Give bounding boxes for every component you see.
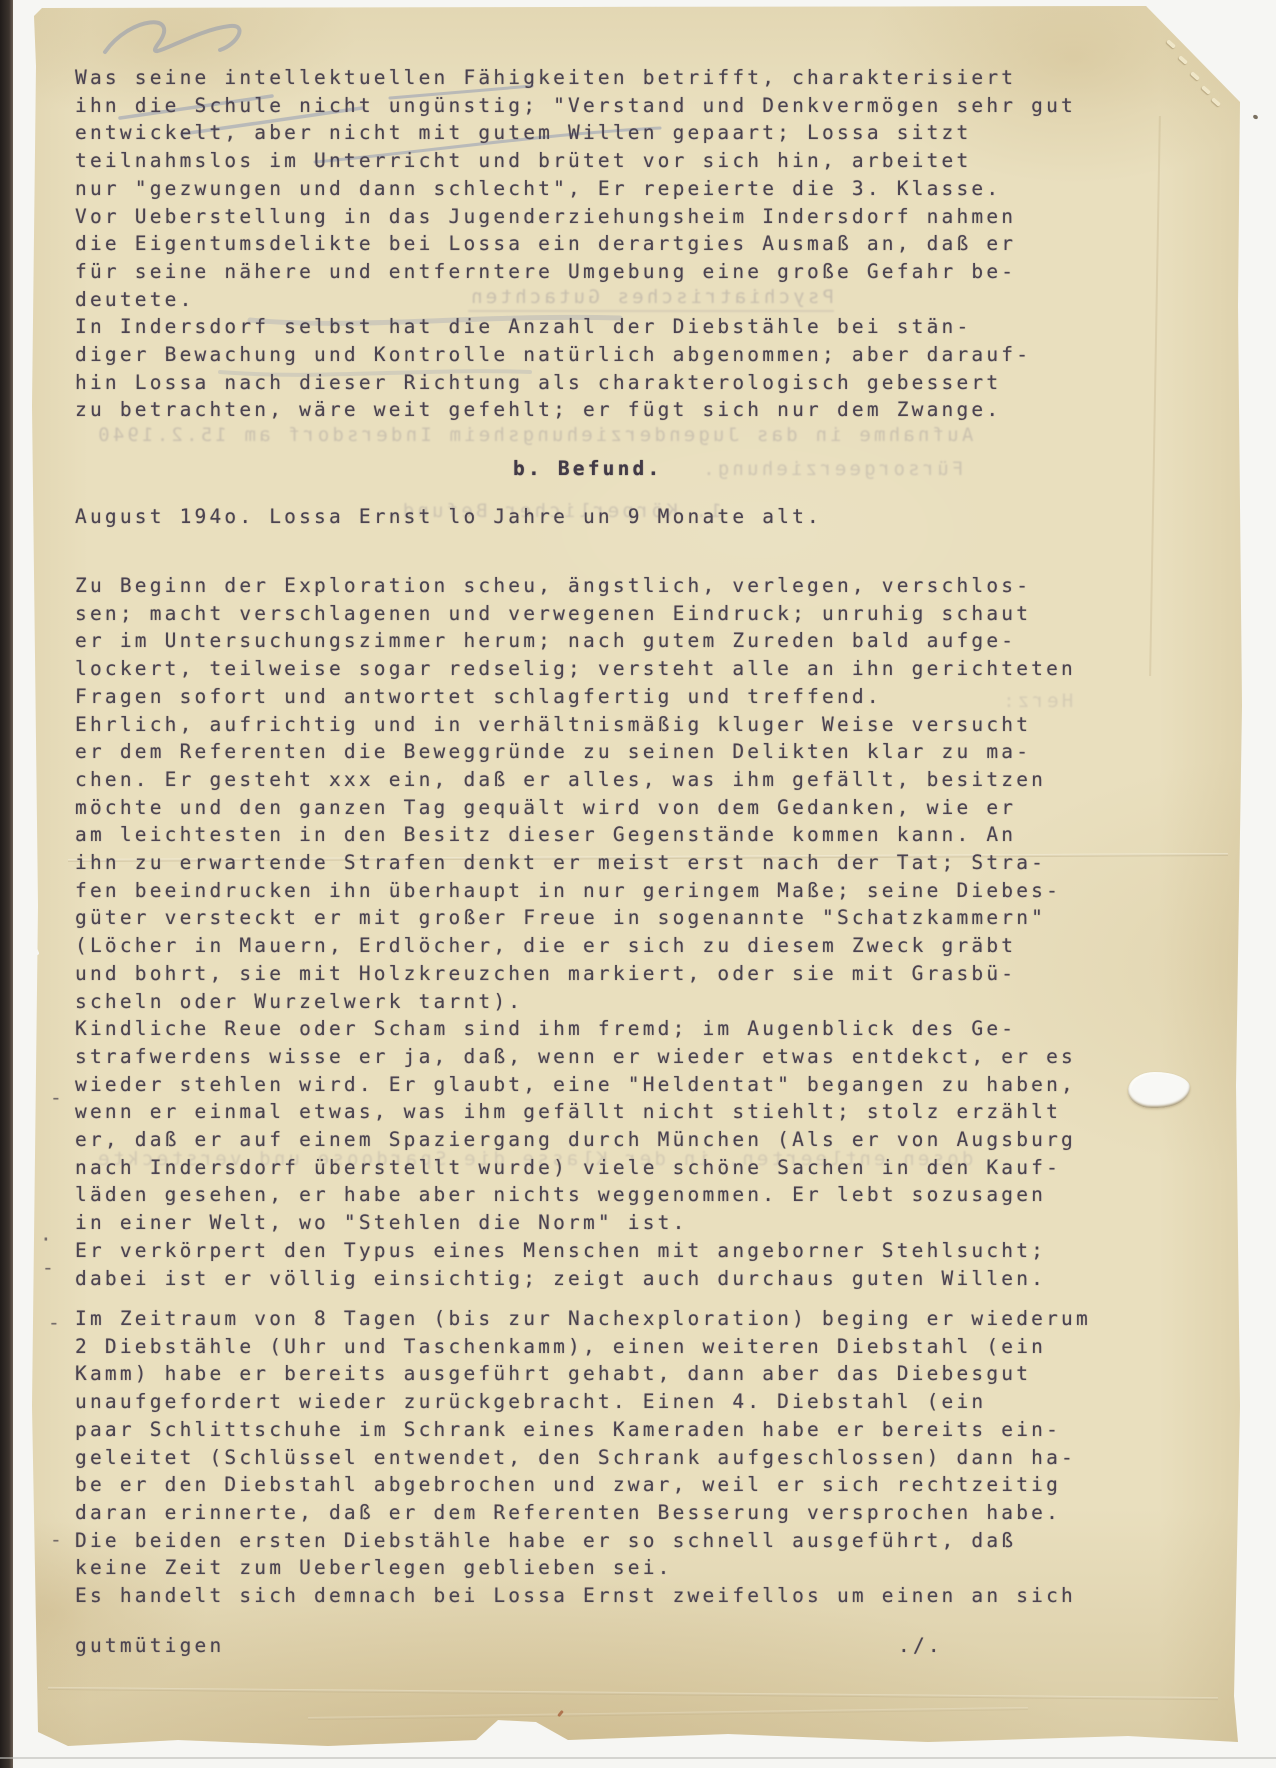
paragraph-intro: Was seine intellektuellen Fähigkeiten be… bbox=[75, 64, 1076, 424]
margin-annotation-mark: - bbox=[48, 1311, 60, 1334]
stitch-mark bbox=[1201, 85, 1211, 95]
vertical-crease bbox=[1149, 116, 1161, 676]
bottom-crease-2 bbox=[308, 1707, 1028, 1720]
scanner-bottom-line bbox=[0, 1757, 1276, 1759]
margin-annotation-mark: - bbox=[42, 1256, 54, 1279]
paragraph-befund: Zu Beginn der Exploration scheu, ängstli… bbox=[75, 572, 1076, 1292]
footer-catchword: gutmütigen bbox=[75, 1632, 224, 1660]
paper-edge-nick bbox=[18, 943, 39, 961]
scanned-document-page: { "page": { "kind": "typewritten archiva… bbox=[0, 0, 1276, 1768]
footer-continuation-mark: ./. bbox=[898, 1632, 943, 1660]
margin-annotation-mark: - bbox=[50, 1528, 62, 1551]
stitch-mark bbox=[1178, 55, 1188, 65]
bleedthrough-text: Aufnahme in das Jugenderziehungsheim Ind… bbox=[95, 424, 973, 446]
dateline: August 194o. Lossa Ernst lo Jahre un 9 M… bbox=[75, 503, 822, 531]
stitch-mark bbox=[1166, 39, 1176, 49]
stitch-mark bbox=[1190, 71, 1200, 81]
bleedthrough-text: Fürsorgeerziehung. bbox=[700, 458, 964, 480]
dust-speck bbox=[1252, 114, 1258, 120]
stitch-mark bbox=[1211, 97, 1221, 107]
margin-annotation-mark: · bbox=[40, 1228, 52, 1251]
red-fiber-speck bbox=[557, 1710, 564, 1717]
paragraph-zeitraum: Im Zeitraum von 8 Tagen (bis zur Nachexp… bbox=[75, 1305, 1091, 1610]
margin-annotation-mark: - bbox=[50, 1086, 62, 1109]
bottom-crease bbox=[48, 1687, 1218, 1700]
scanner-edge-strip bbox=[0, 0, 13, 1768]
section-heading-befund: b. Befund. bbox=[513, 455, 662, 483]
